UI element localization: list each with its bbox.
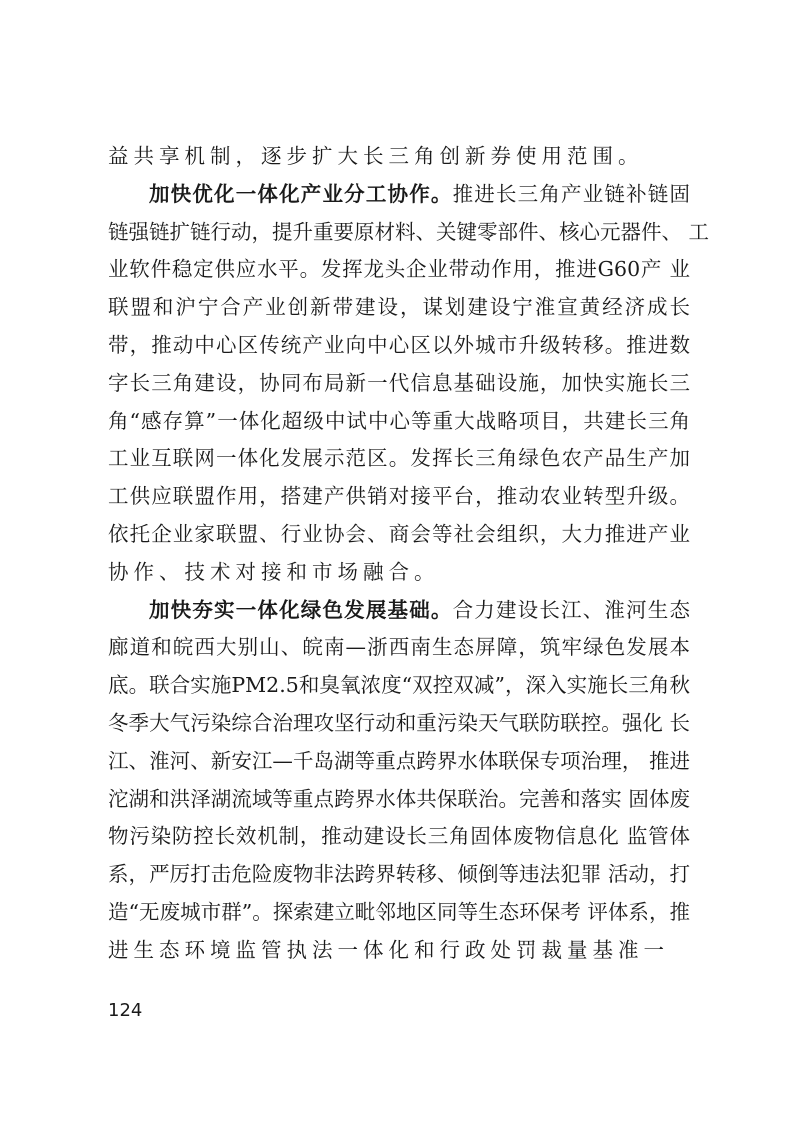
paragraph-heading: 加快夯实一体化绿色发展基础。 [149,598,453,622]
line-text: 加快夯实一体化绿色发展基础。合力建设长江、淮河生态 [149,592,690,630]
line-text: 加快优化一体化产业分工协作。推进长三角产业链补链固 [149,176,690,214]
text-line: 冬季大气污染综合治理攻坚行动和重污染天气联防联控。强化 长 [108,705,690,743]
line-text: 进生态环境监管执法一体化和行政处罚裁量基准一 [108,932,690,970]
line-text: 链强链扩链行动，提升重要原材料、关键零部件、核心元器件、 工 [108,214,690,252]
page-number: 124 [108,1000,142,1021]
line-text: 联盟和沪宁合产业创新带建设，谋划建设宁淮宣黄经济成长 [108,289,690,327]
text-line: 沱湖和洪泽湖流域等重点跨界水体共保联治。完善和落实 固体废 [108,781,690,819]
text-line: 加快优化一体化产业分工协作。推进长三角产业链补链固 [108,176,690,214]
line-text: 物污染防控长效机制，推动建设长三角固体废物信息化 监管体 [108,818,690,856]
text-line: 工供应联盟作用，搭建产供销对接平台，推动农业转型升级。 [108,478,690,516]
line-text: 江、淮河、新安江—千岛湖等重点跨界水体联保专项治理， 推进 [108,743,690,781]
text-line: 廊道和皖西大别山、皖南—浙西南生态屏障，筑牢绿色发展本 [108,629,690,667]
text-line: 角“感存算”一体化超级中试中心等重大战略项目，共建长三角 [108,403,690,441]
paragraph-heading: 加快优化一体化产业分工协作。 [149,182,453,206]
line-text: 依托企业家联盟、行业协会、商会等社会组织，大力推进产业 [108,516,690,554]
line-text: 益共享机制，逐步扩大长三角创新券使用范围。 [108,138,690,176]
line-text: 协作、技术对接和市场融合。 [108,554,690,592]
text-line: 江、淮河、新安江—千岛湖等重点跨界水体联保专项治理， 推进 [108,743,690,781]
line-text: 带，推动中心区传统产业向中心区以外城市升级转移。推进数 [108,327,690,365]
text-line: 进生态环境监管执法一体化和行政处罚裁量基准一 [108,932,690,970]
line-text: 角“感存算”一体化超级中试中心等重大战略项目，共建长三角 [108,403,690,441]
text-line: 益共享机制，逐步扩大长三角创新券使用范围。 [108,138,690,176]
text-line: 链强链扩链行动，提升重要原材料、关键零部件、核心元器件、 工 [108,214,690,252]
text-line: 联盟和沪宁合产业创新带建设，谋划建设宁淮宣黄经济成长 [108,289,690,327]
text-line: 造“无废城市群”。探索建立毗邻地区同等生态环保考 评体系，推 [108,894,690,932]
body-text: 益共享机制，逐步扩大长三角创新券使用范围。 加快优化一体化产业分工协作。推进长三… [108,138,690,970]
text-line: 加快夯实一体化绿色发展基础。合力建设长江、淮河生态 [108,592,690,630]
line-text-rest: 推进长三角产业链补链固 [453,182,690,206]
text-line: 业软件稳定供应水平。发挥龙头企业带动作用，推进G60产 业 [108,251,690,289]
line-text: 造“无废城市群”。探索建立毗邻地区同等生态环保考 评体系，推 [108,894,690,932]
text-line: 协作、技术对接和市场融合。 [108,554,690,592]
line-text: 冬季大气污染综合治理攻坚行动和重污染天气联防联控。强化 长 [108,705,690,743]
text-line: 底。联合实施PM2.5和臭氧浓度“双控双减”，深入实施长三角秋 [108,667,690,705]
text-line: 字长三角建设，协同布局新一代信息基础设施，加快实施长三 [108,365,690,403]
document-page: 益共享机制，逐步扩大长三角创新券使用范围。 加快优化一体化产业分工协作。推进长三… [0,0,793,1122]
line-text: 字长三角建设，协同布局新一代信息基础设施，加快实施长三 [108,365,690,403]
line-text: 沱湖和洪泽湖流域等重点跨界水体共保联治。完善和落实 固体废 [108,781,690,819]
line-text: 工业互联网一体化发展示范区。发挥长三角绿色农产品生产加 [108,440,690,478]
text-line: 物污染防控长效机制，推动建设长三角固体废物信息化 监管体 [108,818,690,856]
text-line: 工业互联网一体化发展示范区。发挥长三角绿色农产品生产加 [108,440,690,478]
line-text: 系，严厉打击危险废物非法跨界转移、倾倒等违法犯罪 活动，打 [108,856,690,894]
text-line: 系，严厉打击危险废物非法跨界转移、倾倒等违法犯罪 活动，打 [108,856,690,894]
line-text: 工供应联盟作用，搭建产供销对接平台，推动农业转型升级。 [108,478,690,516]
text-line: 依托企业家联盟、行业协会、商会等社会组织，大力推进产业 [108,516,690,554]
line-text-rest: 合力建设长江、淮河生态 [453,598,690,622]
line-text: 底。联合实施PM2.5和臭氧浓度“双控双减”，深入实施长三角秋 [108,667,690,705]
line-text: 业软件稳定供应水平。发挥龙头企业带动作用，推进G60产 业 [108,251,690,289]
line-text: 廊道和皖西大别山、皖南—浙西南生态屏障，筑牢绿色发展本 [108,629,690,667]
text-line: 带，推动中心区传统产业向中心区以外城市升级转移。推进数 [108,327,690,365]
